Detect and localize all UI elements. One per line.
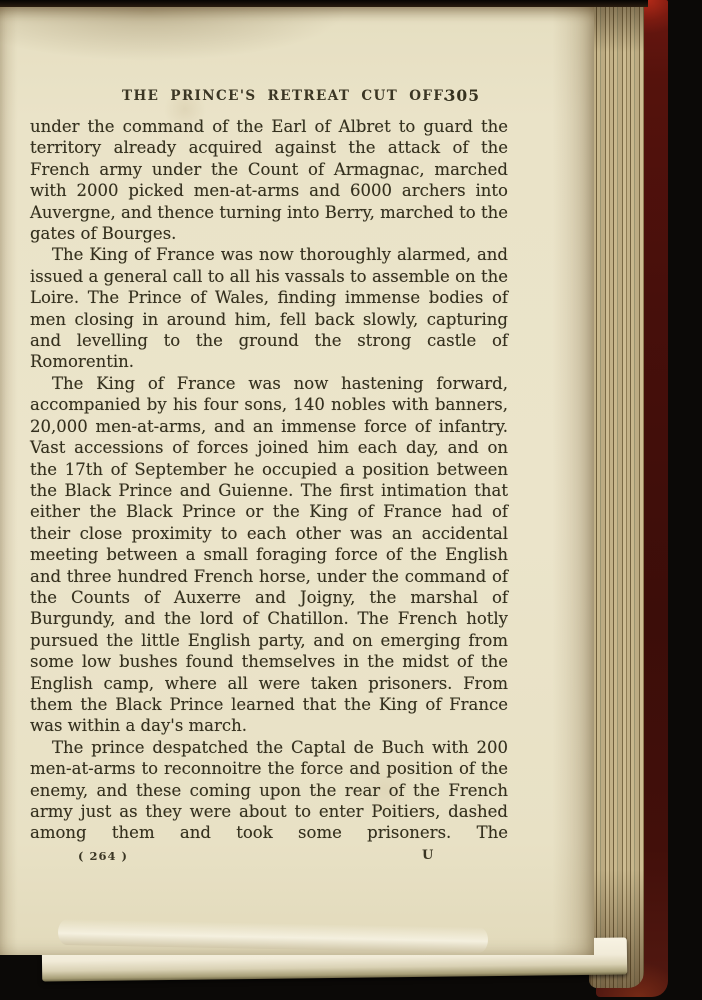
paragraph: under the command of the Earl of Albret … [30,116,508,244]
paragraph: The King of France was now thoroughly al… [30,244,508,372]
page-edges [589,3,644,988]
page-number: 305 [428,86,480,105]
plate-mark: ( 264 ) [78,849,128,863]
page-body: under the command of the Earl of Albret … [30,116,508,844]
book-page: THE PRINCE'S RETREAT CUT OFF. 305 under … [0,7,594,955]
book-scan: THE PRINCE'S RETREAT CUT OFF. 305 under … [0,0,702,1000]
running-header: THE PRINCE'S RETREAT CUT OFF. [122,88,449,104]
signature-mark: U [422,848,433,863]
paragraph: The prince despatched the Captal de Buch… [30,737,508,844]
page-curl-highlight [58,919,488,953]
paragraph: The King of France was now hastening for… [30,373,508,737]
photo-background-top [0,0,648,7]
